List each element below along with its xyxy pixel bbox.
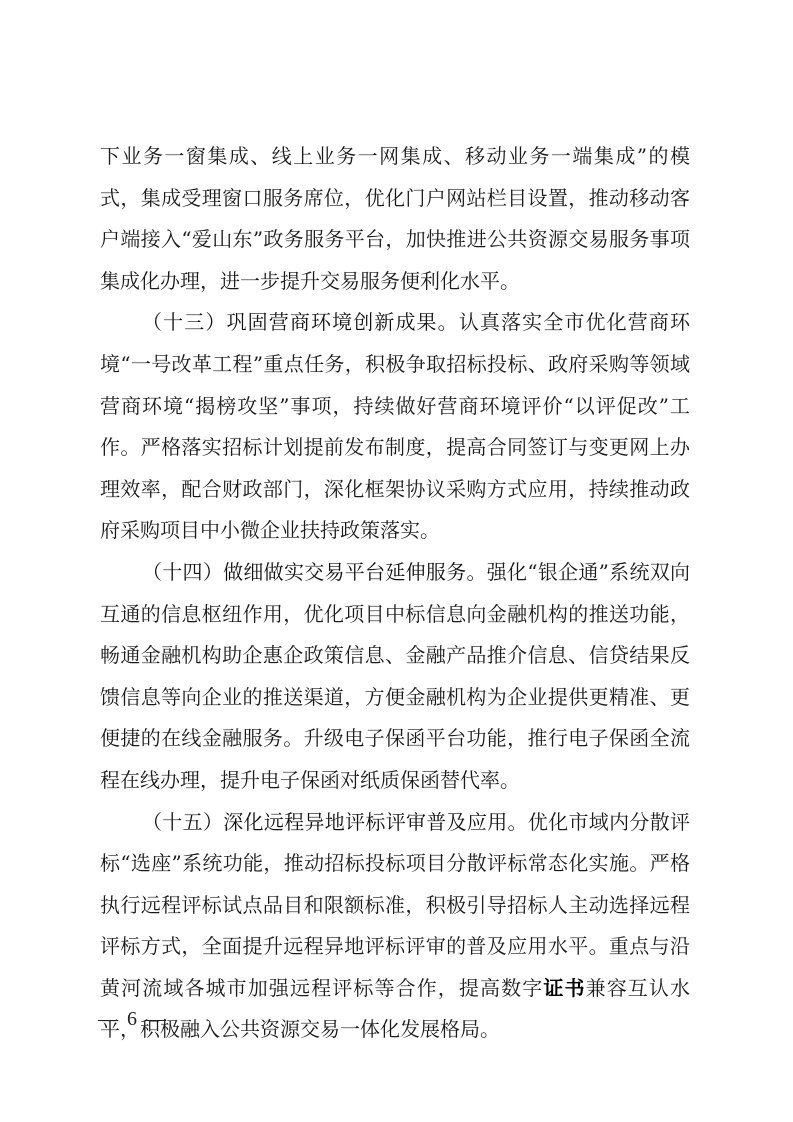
body-text: 下业务一窗集成、线上业务一网集成、移动业务一端集成”的模式，集成受理窗口服务席位… <box>100 136 690 1051</box>
paragraph-text: 认真落实全市优化营商环境“一号改革工程”重点任务，积极争取招标投标、政府采购等领… <box>100 310 690 542</box>
paragraph-section-14: （十四）做细做实交易平台延伸服务。强化“银企通”系统双向互通的信息枢纽作用，优化… <box>100 552 690 802</box>
paragraph-text: 下业务一窗集成、线上业务一网集成、移动业务一端集成”的模式，集成受理窗口服务席位… <box>100 144 690 293</box>
section-heading: （十四）做细做实交易平台延伸服务。 <box>142 560 487 584</box>
page-number: — 6 — <box>98 1008 168 1031</box>
paragraph-text: 优化市域内分散评标“选座”系统功能，推动招标投标项目分散评标常态化实施。严格执行… <box>100 810 690 1000</box>
paragraph-text: 强化“银企通”系统双向互通的信息枢纽作用，优化项目中标信息向金融机构的推送功能，… <box>100 560 690 792</box>
paragraph-section-13: （十三）巩固营商环境创新成果。认真落实全市优化营商环境“一号改革工程”重点任务，… <box>100 302 690 552</box>
paragraph-continuation: 下业务一窗集成、线上业务一网集成、移动业务一端集成”的模式，集成受理窗口服务席位… <box>100 136 690 302</box>
document-page: 下业务一窗集成、线上业务一网集成、移动业务一端集成”的模式，集成受理窗口服务席位… <box>0 0 793 1122</box>
bold-text: 证书 <box>543 976 585 1000</box>
section-heading: （十三）巩固营商环境创新成果。 <box>142 310 459 334</box>
paragraph-section-15: （十五）深化远程异地评标评审普及应用。优化市域内分散评标“选座”系统功能，推动招… <box>100 802 690 1052</box>
section-heading: （十五）深化远程异地评标评审普及应用。 <box>142 810 528 834</box>
